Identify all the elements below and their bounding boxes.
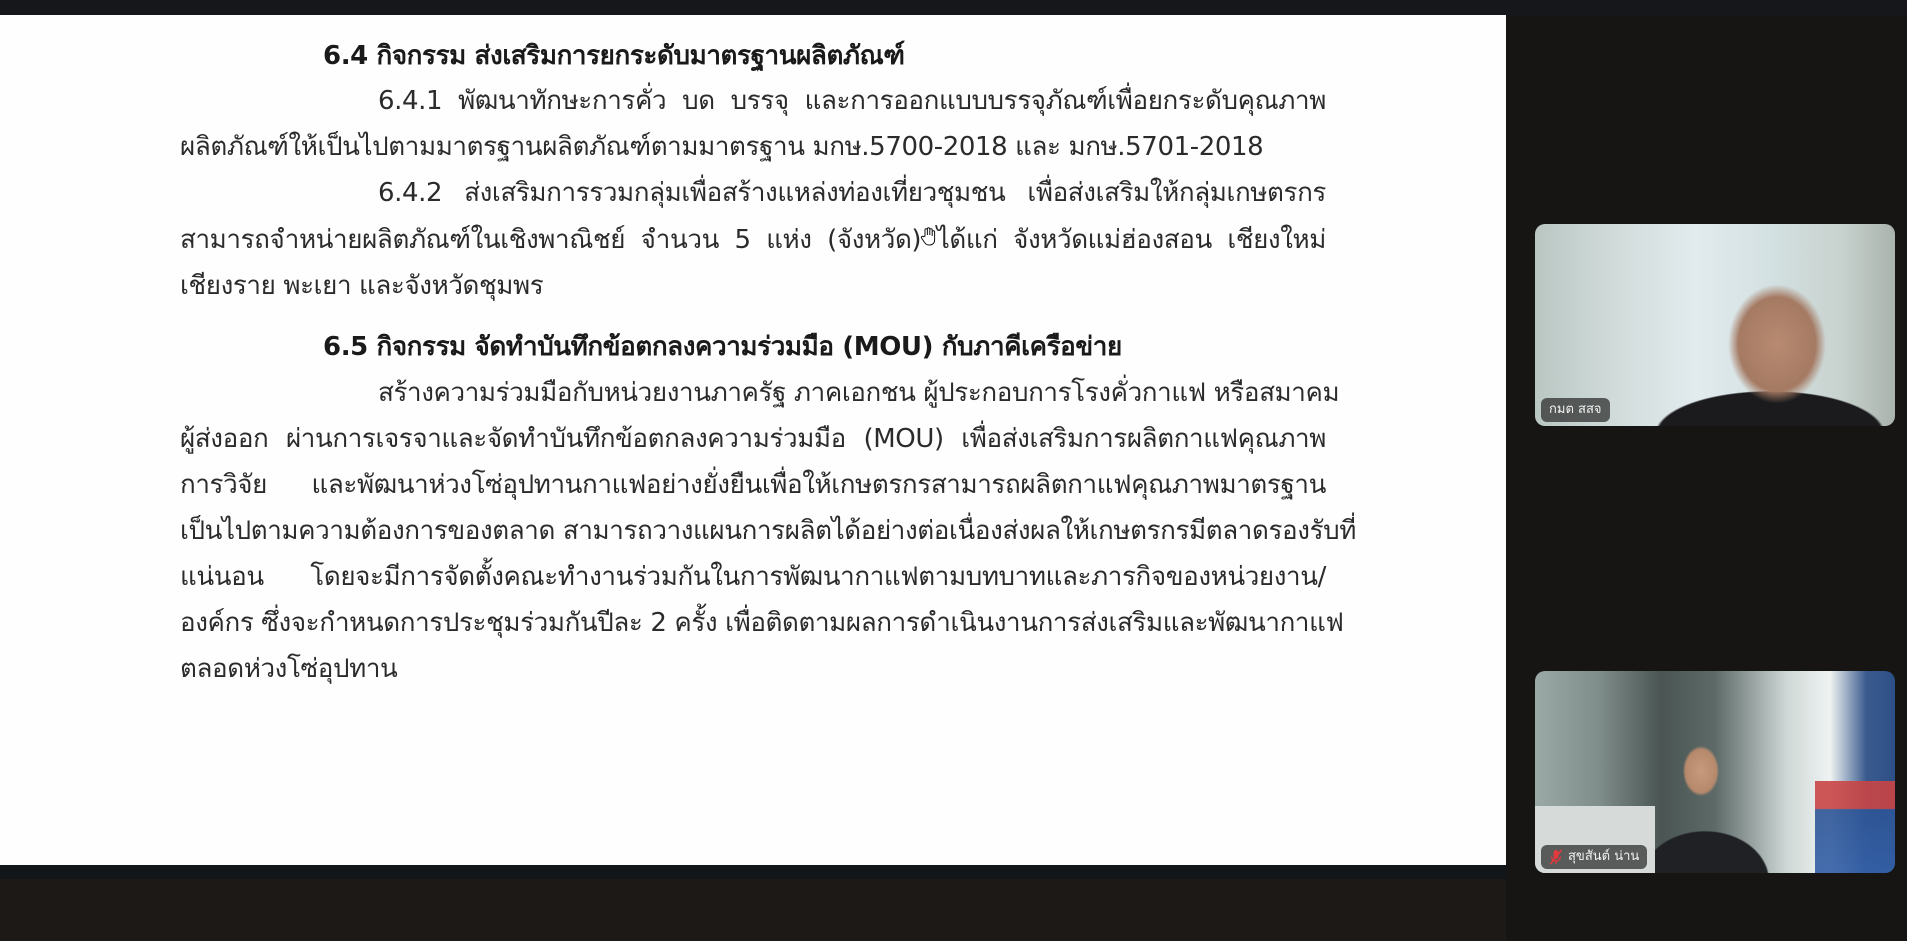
paragraph-line: เชียงราย พะเยา และจังหวัดชุมพร — [180, 263, 543, 309]
section-6-4-heading: 6.4 กิจกรรม ส่งเสริมการยกระดับมาตรฐานผลิ… — [323, 33, 905, 79]
section-6-5-heading: 6.5 กิจกรรม จัดทำบันทึกข้อตกลงความร่วมมื… — [323, 324, 1122, 370]
participant-name-label: สุขสันต์ น่าน — [1541, 845, 1647, 869]
mic-muted-icon — [1549, 849, 1563, 865]
participant-name: กมต สสจ — [1549, 398, 1602, 422]
paragraph-line: 6.4.2 ส่งเสริมการรวมกลุ่มเพื่อสร้างแหล่ง… — [378, 170, 1326, 216]
paragraph-line: 6.4.1 พัฒนาทักษะการคั่ว บด บรรจุ และการอ… — [378, 78, 1326, 124]
meeting-top-bar — [0, 0, 1907, 15]
paragraph-line: สามารถจำหน่ายผลิตภัณฑ์ในเชิงพาณิชย์ จำนว… — [180, 217, 1326, 263]
shared-screen-document: 6.4 กิจกรรม ส่งเสริมการยกระดับมาตรฐานผลิ… — [0, 15, 1506, 865]
paragraph-line: การวิจัย และพัฒนาห่วงโซ่อุปทานกาแฟอย่างย… — [180, 462, 1326, 508]
paragraph-line: ผลิตภัณฑ์ให้เป็นไปตามมาตรฐานผลิตภัณฑ์ตาม… — [180, 124, 1326, 170]
participant-name: สุขสันต์ น่าน — [1568, 845, 1639, 869]
paragraph-line: ตลอดห่วงโซ่อุปทาน — [180, 646, 397, 692]
hand-cursor-icon — [920, 227, 936, 247]
paragraph-line: แน่นอน โดยจะมีการจัดตั้งคณะทำงานร่วมกันใ… — [180, 554, 1326, 600]
participant-name-label: กมต สสจ — [1541, 398, 1610, 422]
participant-video-tile[interactable]: สุขสันต์ น่าน — [1535, 671, 1895, 873]
share-bottom-strip — [0, 865, 1506, 879]
participant-video-tile[interactable]: กมต สสจ — [1535, 224, 1895, 426]
paragraph-line: ผู้ส่งออก ผ่านการเจรจาและจัดทำบันทึกข้อต… — [180, 416, 1326, 462]
paragraph-line: สร้างความร่วมมือกับหน่วยงานภาครัฐ ภาคเอก… — [378, 370, 1326, 416]
paragraph-line: องค์กร ซึ่งจะกำหนดการประชุมร่วมกันปีละ 2… — [180, 600, 1326, 646]
video-background — [1815, 781, 1895, 873]
paragraph-line: เป็นไปตามความต้องการของตลาด สามารถวางแผน… — [180, 508, 1326, 554]
